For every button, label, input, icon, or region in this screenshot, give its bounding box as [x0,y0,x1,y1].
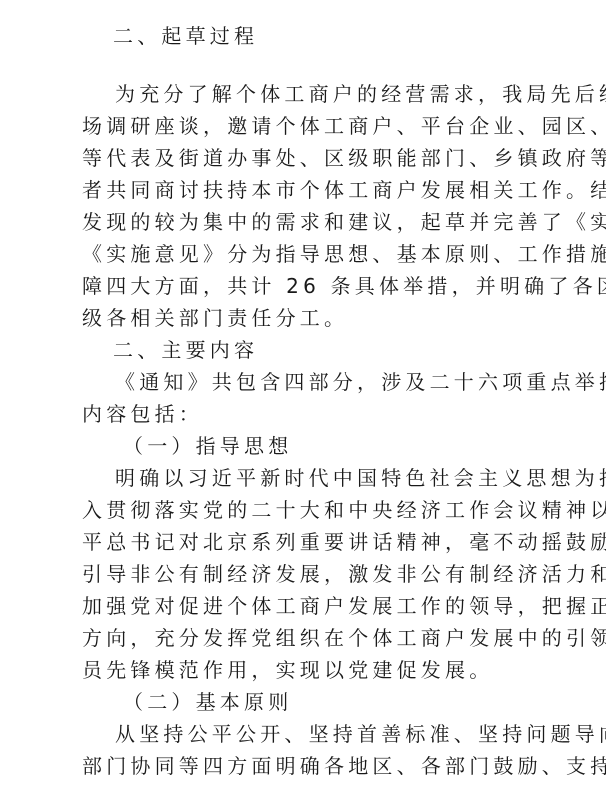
paragraph-line: 加强党对促进个体工商户发展工作的领导，把握正确的政治 [82,590,606,622]
subheading-guiding-ideology: （一）指导思想 [123,430,292,462]
paragraph-line: 方向，充分发挥党组织在个体工商户发展中的引领作用和党 [82,622,606,654]
paragraph-line: 《实施意见》分为指导思想、基本原则、工作措施和制度保 [82,238,606,270]
section-heading-drafting-process: 二、起草过程 [113,20,258,52]
paragraph-line: 内容包括： [82,398,203,430]
paragraph-line: 级各相关部门责任分工。 [82,302,348,334]
paragraph-line: 者共同商讨扶持本市个体工商户发展相关工作。结合调研中 [82,174,606,206]
section-heading-main-content: 二、主要内容 [113,334,258,366]
paragraph-line: 障四大方面，共计 26 条具体举措，并明确了各区政府、市 [82,270,606,302]
paragraph-line: 《通知》共包含四部分，涉及二十六项重点举措，主要 [115,366,606,398]
paragraph-line: 从坚持公平公开、坚持首善标准、坚持问题导向、坚持 [115,718,606,750]
subheading-basic-principles: （二）基本原则 [123,686,292,718]
paragraph-line: 平总书记对北京系列重要讲话精神，毫不动摇鼓励、支持、 [82,526,606,558]
document-page: 二、起草过程 为充分了解个体工商户的经营需求，我局先后组织了多 场调研座谈，邀请… [0,0,606,792]
paragraph-line: 引导非公有制经济发展，激发非公有制经济活力和创造力。 [82,558,606,590]
paragraph-line: 入贯彻落实党的二十大和中央经济工作会议精神以及习近 [82,494,606,526]
paragraph-line: 场调研座谈，邀请个体工商户、平台企业、园区、有形市场 [82,110,606,142]
paragraph-line: 等代表及街道办事处、区级职能部门、乡镇政府等基层管理 [82,142,606,174]
paragraph-line: 为充分了解个体工商户的经营需求，我局先后组织了多 [115,78,606,110]
paragraph-line: 发现的较为集中的需求和建议，起草并完善了《实施意见》。 [82,206,606,238]
paragraph-line: 员先锋模范作用，实现以党建促发展。 [82,654,493,686]
paragraph-line: 部门协同等四方面明确各地区、各部门鼓励、支持个体工商 [82,750,606,782]
paragraph-line: 明确以习近平新时代中国特色社会主义思想为指导，深 [115,462,606,494]
